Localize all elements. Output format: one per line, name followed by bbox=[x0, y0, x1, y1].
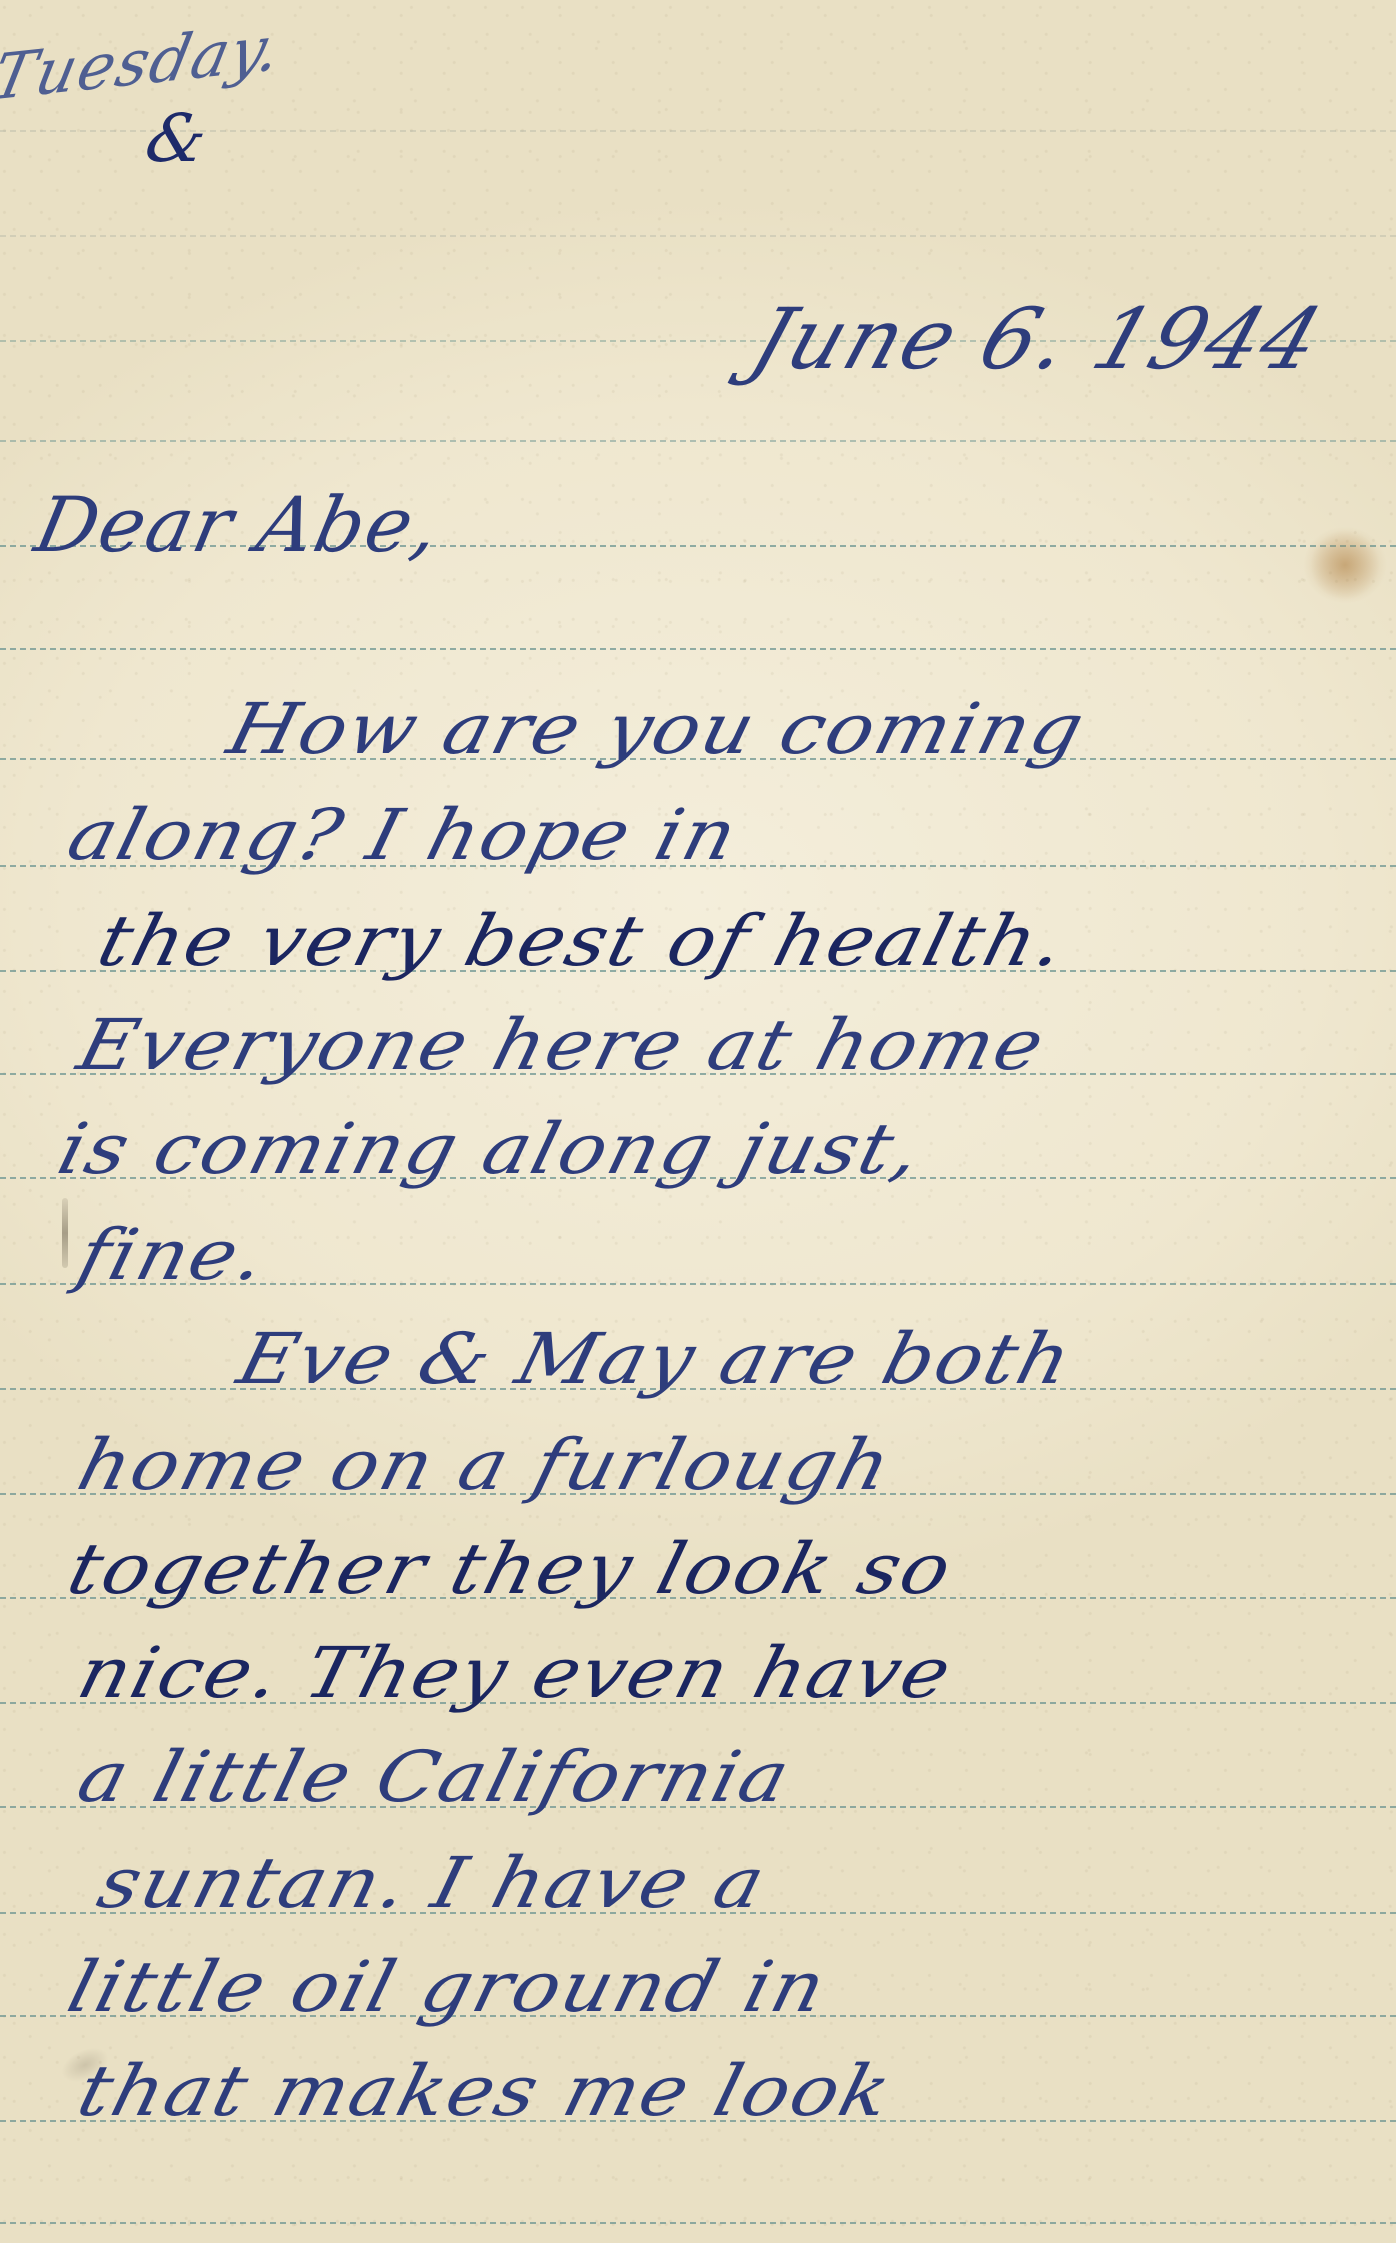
pencil-mark bbox=[62, 1198, 68, 1268]
letter-line: Everyone here at home bbox=[70, 1005, 1053, 1086]
ruled-line bbox=[0, 235, 1396, 237]
letter-line: nice. They even have bbox=[70, 1633, 960, 1714]
paper-stain bbox=[1310, 530, 1380, 600]
header-day: Tuesday. bbox=[0, 10, 289, 115]
letter-line: home on a furlough bbox=[70, 1425, 900, 1506]
ruled-line bbox=[0, 648, 1396, 650]
ruled-line bbox=[0, 440, 1396, 442]
letter-line: How are you coming bbox=[220, 689, 1093, 770]
letter-line: along? I hope in bbox=[60, 795, 746, 876]
letter-line: is coming along just, bbox=[50, 1109, 930, 1190]
letter-line: together they look so bbox=[60, 1529, 961, 1610]
ruled-line bbox=[0, 130, 1396, 132]
letter-line: a little California bbox=[70, 1737, 799, 1818]
letter-line: suntan. I have a bbox=[90, 1843, 774, 1924]
letter-line: little oil ground in bbox=[60, 1947, 835, 2028]
letter-line: fine. bbox=[70, 1215, 275, 1296]
letter-line: that makes me look bbox=[70, 2051, 900, 2132]
ruled-line bbox=[0, 2222, 1396, 2224]
letter-date: June 6. 1944 bbox=[740, 290, 1335, 388]
letter-line: Eve & May are both bbox=[230, 1319, 1081, 1400]
header-ampersand: & bbox=[140, 100, 214, 177]
letter-greeting: Dear Abe, bbox=[28, 480, 449, 569]
letter-line: the very best of health. bbox=[90, 901, 1074, 982]
letter-page: Tuesday. & June 6. 1944 Dear Abe, How ar… bbox=[0, 0, 1396, 2243]
